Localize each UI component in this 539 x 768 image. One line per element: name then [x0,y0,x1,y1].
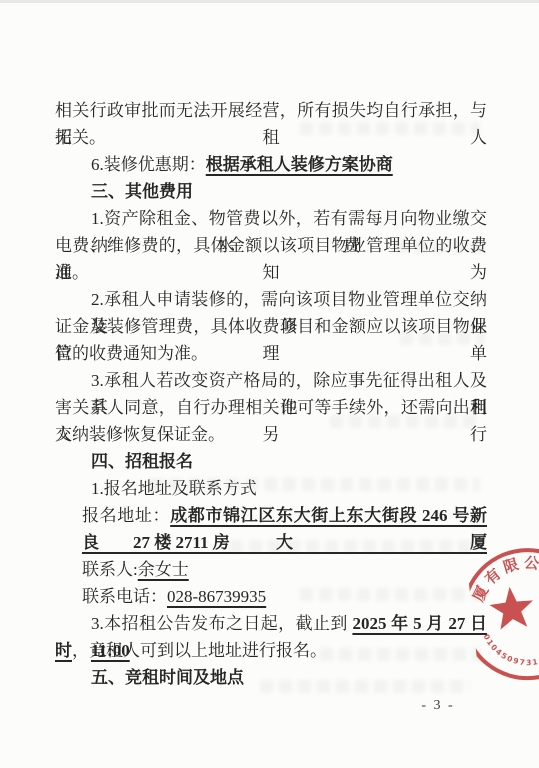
registration-address-line: 报名地址：成都市锦江区东大街上东大街段 246 号新良大厦 [55,502,487,529]
phone-number: 028-86739935 [167,587,266,606]
deadline-line2: 时，竞租人可到以上地址进行报名。 [55,637,487,664]
item-renovation-grace-period: 6.装修优惠期：根据承租人装修方案协商 [55,151,487,178]
deadline-line: 3.本招租公告发布之日起，截止到 2025 年 5 月 27 日 11:00 [55,610,487,637]
paragraph-line: 2.承租人申请装修的，需向该项目物业管理单位交纳装修保 [55,286,487,313]
address-label: 报名地址： [82,506,170,525]
contact-person-line: 联系人:余女士 [55,556,487,583]
item-filled-value: 根据承租人装修方案协商 [206,155,393,174]
document-body: 相关行政审批而无法开展经营，所有损失均自行承担，与招租人 无关。 6.装修优惠期… [55,97,487,691]
section-heading-bidding-time: 五、竞租时间及地点 [55,664,487,691]
deadline-datetime-suffix: 时 [55,641,72,660]
phone-label: 联系电话： [82,587,167,606]
paragraph-line: 害关系人同意，自行办理相关许可等手续外，还需向出租人另行 [55,394,487,421]
deadline-prefix: 3.本招租公告发布之日起，截止到 [91,614,352,633]
paragraph-line: 3.承租人若改变资产格局的，除应事先征得出租人及其他利 [55,367,487,394]
section-heading-registration: 四、招租报名 [55,448,487,475]
paragraph-line: 相关行政审批而无法开展经营，所有损失均自行承担，与招租人 [55,97,487,124]
paragraph-line: 电费、维修费的，具体金额以该项目物业管理单位的收费通知为 [55,232,487,259]
contact-phone-line: 联系电话：028-86739935 [55,583,487,610]
section-heading-other-fees: 三、其他费用 [55,178,487,205]
seal-star-icon [488,585,536,631]
scanned-document-page: 相关行政审批而无法开展经营，所有损失均自行承担，与招租人 无关。 6.装修优惠期… [0,0,539,768]
paragraph-line: 证金及装修管理费，具体收费项目和金额应以该项目物业管理单 [55,313,487,340]
item-label: 6.装修优惠期： [91,155,206,174]
scan-edge [0,0,539,3]
paragraph-line: 1.报名地址及联系方式 [55,475,487,502]
address-value-continued: 27 楼 2711 房 [133,533,230,552]
contact-name: 余女士 [138,560,189,579]
contact-label: 联系人: [82,560,138,579]
deadline-rest: ，竞租人可到以上地址进行报名。 [72,641,327,660]
paragraph-line: 1.资产除租金、物管费以外，若有需每月向物业缴交纳水费、 [55,205,487,232]
page-number: - 3 - [403,698,473,714]
